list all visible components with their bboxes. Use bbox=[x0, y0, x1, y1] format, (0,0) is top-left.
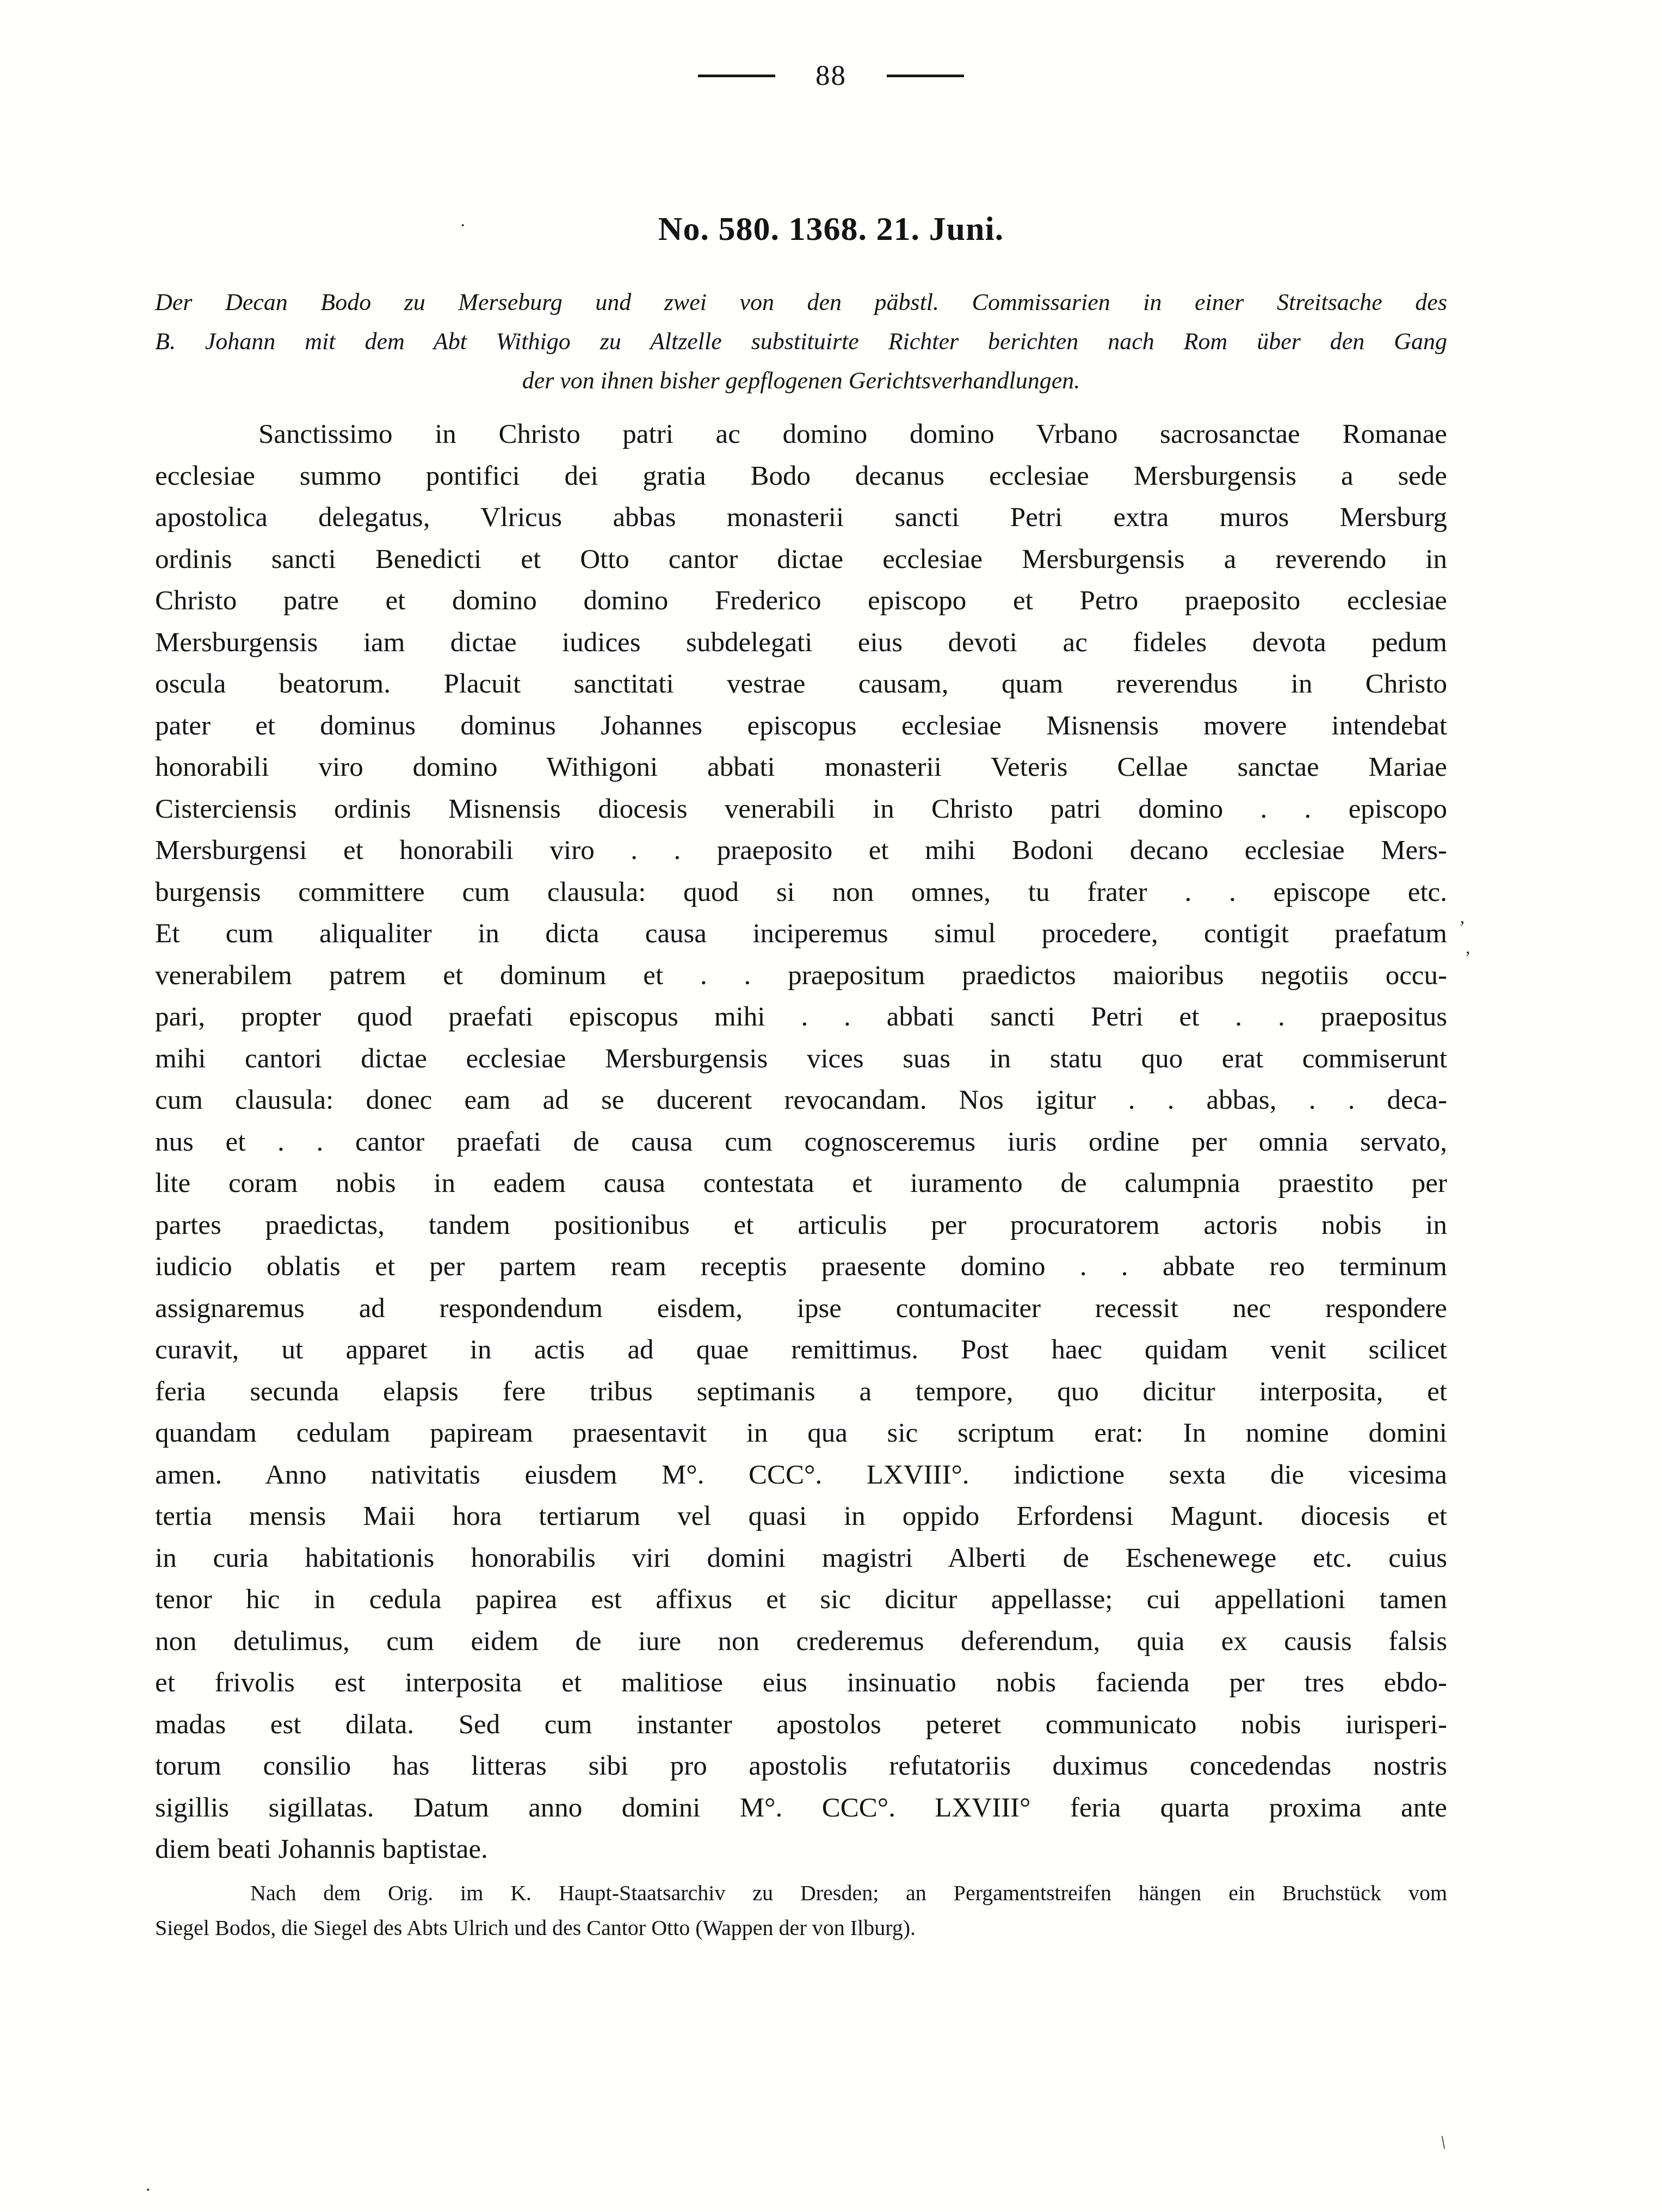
body-line: venerabilem patrem et dominum et . . pra… bbox=[155, 955, 1447, 997]
summary-line: B. Johann mit dem Abt Withigo zu Altzell… bbox=[155, 322, 1447, 361]
body-line: Mersburgensi et honorabili viro . . prae… bbox=[155, 830, 1447, 872]
body-line: Cisterciensis ordinis Misnensis diocesis… bbox=[155, 788, 1447, 830]
body-line: mihi cantori dictae ecclesiae Mersburgen… bbox=[155, 1038, 1447, 1080]
body-line: ecclesiae summo pontifici dei gratia Bod… bbox=[155, 455, 1447, 497]
scan-artifact: , bbox=[1466, 939, 1471, 957]
body-line: Mersburgensis iam dictae iudices subdele… bbox=[155, 622, 1447, 664]
charter-summary: Der Decan Bodo zu Merseburg und zwei von… bbox=[155, 283, 1447, 400]
scan-artifact: . bbox=[146, 2176, 151, 2195]
body-line: Christo patre et domino domino Frederico… bbox=[155, 580, 1447, 622]
charter-body: Sanctissimo in Christo patri ac domino d… bbox=[155, 413, 1447, 1870]
body-line: oscula beatorum. Placuit sanctitati vest… bbox=[155, 663, 1447, 705]
body-line: feria secunda elapsis fere tribus septim… bbox=[155, 1371, 1447, 1413]
body-line: torum consilio has litteras sibi pro apo… bbox=[155, 1745, 1447, 1787]
body-line: et frivolis est interposita et malitiose… bbox=[155, 1662, 1447, 1704]
scanned-book-page: 88 No. 580. 1368. 21. Juni. Der Decan Bo… bbox=[0, 0, 1662, 2212]
body-line: madas est dilata. Sed cum instanter apos… bbox=[155, 1704, 1447, 1746]
body-line: iudicio oblatis et per partem ream recep… bbox=[155, 1246, 1447, 1288]
body-line: pater et dominus dominus Johannes episco… bbox=[155, 705, 1447, 747]
body-line: nus et . . cantor praefati de causa cum … bbox=[155, 1121, 1447, 1163]
body-line: partes praedictas, tandem positionibus e… bbox=[155, 1204, 1447, 1246]
body-line: in curia habitationis honorabilis viri d… bbox=[155, 1537, 1447, 1579]
running-head: 88 bbox=[0, 57, 1662, 95]
footnote-line: Siegel Bodos, die Siegel des Abts Ulrich… bbox=[155, 1911, 1447, 1945]
body-line: assignaremus ad respondendum eisdem, ips… bbox=[155, 1288, 1447, 1330]
body-line: pari, propter quod praefati episcopus mi… bbox=[155, 996, 1447, 1038]
archival-footnote: Nach dem Orig. im K. Haupt-Staatsarchiv … bbox=[155, 1876, 1447, 1945]
scan-artifact: · bbox=[460, 217, 466, 235]
body-line: curavit, ut apparet in actis ad quae rem… bbox=[155, 1329, 1447, 1371]
body-line: lite coram nobis in eadem causa contesta… bbox=[155, 1163, 1447, 1204]
body-line: burgensis committere cum clausula: quod … bbox=[155, 872, 1447, 913]
scan-artifact: ’ bbox=[1459, 918, 1465, 937]
scan-artifact: \ bbox=[1439, 2134, 1447, 2153]
summary-line: Der Decan Bodo zu Merseburg und zwei von… bbox=[155, 283, 1447, 322]
body-line: ordinis sancti Benedicti et Otto cantor … bbox=[155, 539, 1447, 580]
body-line: cum clausula: donec eam ad se ducerent r… bbox=[155, 1079, 1447, 1121]
body-line: apostolica delegatus, Vlricus abbas mona… bbox=[155, 497, 1447, 539]
body-line: quandam cedulam papiream praesentavit in… bbox=[155, 1412, 1447, 1454]
body-line: honorabili viro domino Withigoni abbati … bbox=[155, 746, 1447, 788]
body-line: amen. Anno nativitatis eiusdem M°. CCC°.… bbox=[155, 1454, 1447, 1496]
body-line: sigillis sigillatas. Datum anno domini M… bbox=[155, 1787, 1447, 1829]
body-line: diem beati Johannis baptistae. bbox=[155, 1828, 1447, 1870]
body-line: tertia mensis Maii hora tertiarum vel qu… bbox=[155, 1496, 1447, 1537]
header-rule-left bbox=[698, 75, 775, 77]
footnote-line: Nach dem Orig. im K. Haupt-Staatsarchiv … bbox=[155, 1876, 1447, 1911]
body-line: non detulimus, cum eidem de iure non cre… bbox=[155, 1621, 1447, 1663]
summary-line: der von ihnen bisher gepflogenen Gericht… bbox=[155, 361, 1447, 400]
header-rule-right bbox=[887, 75, 964, 77]
page-number: 88 bbox=[815, 61, 847, 90]
charter-heading: No. 580. 1368. 21. Juni. bbox=[0, 210, 1662, 249]
body-line: tenor hic in cedula papirea est affixus … bbox=[155, 1579, 1447, 1621]
body-line: Sanctissimo in Christo patri ac domino d… bbox=[155, 413, 1447, 455]
body-line: Et cum aliqualiter in dicta causa incipe… bbox=[155, 913, 1447, 955]
